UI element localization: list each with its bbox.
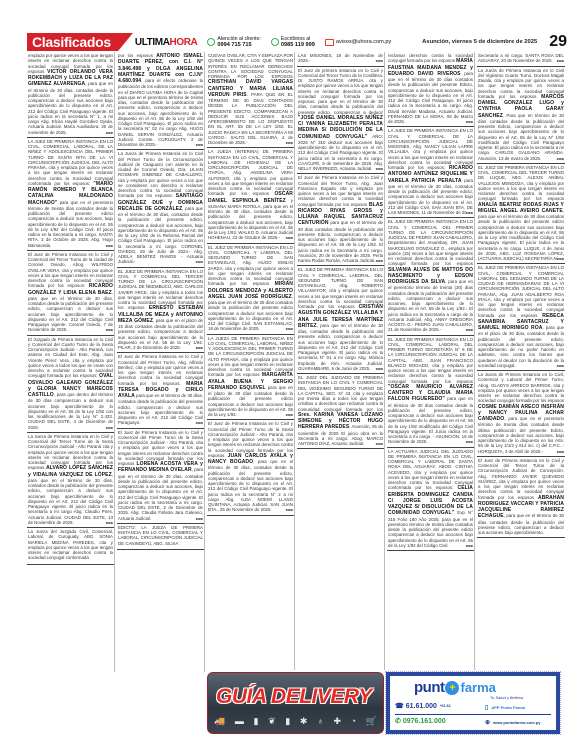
column-3: CUEVAS OVELAR, CITA Y EMPLAZA POR QUINCE… xyxy=(207,52,295,670)
legal-notice: reclamar derechos contra la sociedad con… xyxy=(387,52,474,127)
column-1: emplaza por quince veces a los que tenga… xyxy=(27,52,115,672)
legal-notice: EL JUEZ DEL JUZGADO DE PRIMERA INSTANCIA… xyxy=(297,374,384,449)
pill-icon: ▬ xyxy=(235,716,244,727)
whatsapp-icon: ✆ xyxy=(395,717,401,725)
cart-icon: 🛒 xyxy=(366,716,377,727)
notice-code: 00000 xyxy=(557,450,564,455)
medical-icon: ✱ xyxy=(300,716,308,727)
legal-notice: La Jueza de Primera Instancia en lo Civi… xyxy=(27,433,114,528)
stethoscope-icon: ♁ xyxy=(317,716,324,727)
bag-icon: ▮ xyxy=(254,716,259,727)
whatsapp-icon xyxy=(207,38,215,46)
column-5: reclamar derechos contra la sociedad con… xyxy=(387,52,475,670)
notice-code: 00000 xyxy=(557,257,564,262)
legal-notice: LA JUEZ DE PRIMERA INSTANCIA EN LO CIVIL… xyxy=(387,127,474,218)
column-4: LAS MISIONES, 18 de Noviembre de 2025.-0… xyxy=(297,52,385,670)
notice-code: 00000 xyxy=(286,327,293,332)
legal-notice: Secretaría a mi cargo. SANTA ROSA DEL AG… xyxy=(477,52,565,67)
legal-notice: CUEVAS OVELAR, CITA Y EMPLAZA POR QUINCE… xyxy=(207,52,294,148)
legal-notice: El Juez de Primera Instancia en lo Civil… xyxy=(117,353,204,428)
customer-service-phone: 0994 715 715 xyxy=(217,42,261,48)
notice-code: 00000 xyxy=(196,260,203,265)
newspaper-logo: ULTIMAHORA xyxy=(135,37,197,48)
notice-code: 00000 xyxy=(196,143,203,148)
legal-notice: EL JUEZ DE PRIMERA INSTANCIA EN LO CIVIL… xyxy=(387,218,474,335)
website-line: ⊕ www.puntofarma.com.py xyxy=(485,719,540,726)
legal-notice: por los esposos ANTONIO ISMAEL DUARTE PÉ… xyxy=(117,52,204,150)
delivery-icons: 🚚 ▬ ▮ ❦ ▮ ✱ ♁ ✚ ◔ 🛒 xyxy=(214,716,377,727)
app-line: ▯ APP Punto Farma xyxy=(485,704,525,711)
legal-notice: EL JUEZ DE PRIMERA INSTANCIA EN LO CIVIL… xyxy=(117,268,204,354)
notice-code: 00000 xyxy=(196,346,203,351)
notice-code: 00000 xyxy=(106,131,113,136)
legal-notice: La Jueza de Primera Instancia en lo Civi… xyxy=(477,67,565,164)
plus-icon: + xyxy=(445,681,459,695)
page-number: 29 xyxy=(549,33,567,51)
notice-code: 00000 xyxy=(286,413,293,418)
punto-farma-ad[interactable]: punt + farma Tu Salud y Bellesa ☎ 61.61.… xyxy=(386,672,560,734)
email-address: avisos@uhora.com.py xyxy=(336,39,391,45)
notice-code: 00000 xyxy=(376,59,383,64)
email-contact: avisos@uhora.com.py xyxy=(325,39,391,46)
notice-code: 00000 xyxy=(466,328,473,333)
legal-notice: EL JUEZ DE PRIMERA INSTANCIA EN LO CIVIL… xyxy=(477,264,565,371)
legal-notice: El Juzgado de Primera Instancia en lo Ci… xyxy=(27,336,114,433)
notice-code: 00000 xyxy=(376,442,383,447)
legal-notice: El Juez de Primera Instancia en lo Civil… xyxy=(27,251,114,336)
legal-notice: LA JUEZ DE PRIMERA INSTANCIA EN LO CIVIL… xyxy=(27,138,114,251)
notice-code: 00000 xyxy=(466,544,473,549)
food-icon: ❦ xyxy=(268,716,276,727)
notice-code: 00000 xyxy=(376,259,383,264)
truck-icon: 🚚 xyxy=(214,716,225,727)
publication-date: Asunción, viernes 5 de diciembre de 2025 xyxy=(422,39,537,45)
legal-notice: El Juez de Primera Instancia en lo Civil… xyxy=(117,429,204,524)
logo-part-ultima: ULTIMA xyxy=(135,37,170,48)
punto-farma-logo: punt + farma xyxy=(414,679,496,696)
legal-notice: La Jueza de Primera Instancia en lo Civi… xyxy=(117,150,204,267)
column-2: por los esposos ANTONIO ISMAEL DUARTE PÉ… xyxy=(117,52,205,672)
whatsapp-contact: Escribinos al 0985 119 999 xyxy=(271,36,315,48)
ad-divider xyxy=(395,714,551,715)
legal-notice: EL JUEZ DE PRIMERA INSTANCIA EN LO CIVIL… xyxy=(207,244,294,335)
notice-code: 00000 xyxy=(286,508,293,513)
legal-notice: El Juez de Primera Instancia en lo Civil… xyxy=(297,174,384,266)
legal-notice: El Juez de Primera Instancia en lo Civil… xyxy=(477,457,565,539)
notice-code: 00000 xyxy=(106,244,113,249)
notice-code: 00000 xyxy=(106,521,113,526)
notice-code: 00000 xyxy=(196,517,203,522)
notice-code: 00000 xyxy=(376,167,383,172)
shopping-bag-icon: ▮ xyxy=(285,716,290,727)
notice-code: 00000 xyxy=(557,364,564,369)
legal-notice: emplaza por quince veces a los que tenga… xyxy=(27,52,114,138)
whatsapp-number: 0985 119 999 xyxy=(281,42,315,48)
notice-code: 00000 xyxy=(466,440,473,445)
clock-icon: ◔ xyxy=(351,716,356,727)
logo-part-hora: HORA xyxy=(170,37,198,48)
phone-line: ☎ 61.61.000 *61.61 xyxy=(395,702,451,710)
guia-delivery-ad[interactable]: GUÍA DELIVERY 🚚 ▬ ▮ ❦ ▮ ✱ ♁ ✚ ◔ 🛒 xyxy=(207,672,384,734)
legal-notice: LA JUEZA DE PRIMERA INSTANCIA EN LO CIVI… xyxy=(207,335,294,421)
notice-code: 00000 xyxy=(196,421,203,426)
whatsapp-icon xyxy=(271,38,279,46)
legal-notice: EL JUEZ DE PRIMERA INSTANCIA EN LO CIVIL… xyxy=(297,266,384,374)
legal-notice: El Juez de primera instancia en lo Civil… xyxy=(297,67,384,175)
legal-notice: EL JUEZ DE PRIMERA INSTANCIA EN LO CIVIL… xyxy=(477,164,565,265)
ad-tagline: Tu Salud y Bellesa xyxy=(490,695,523,700)
legal-notice: La Jueza de Primera Instancia en lo Civi… xyxy=(477,371,565,457)
legal-notice: EL JUEZ DE PRIMERA INSTANCIA EN LO CIVIL… xyxy=(387,336,474,448)
customer-service-contact: Atención al cliente: 0994 715 715 xyxy=(207,36,261,48)
notice-code: 00000 xyxy=(557,157,564,162)
notice-code: 00000 xyxy=(557,59,564,64)
first-aid-icon: ✚ xyxy=(333,716,341,727)
legal-notice: LA JUEZA (INTERINA) DE PRIMERA INSTANCIA… xyxy=(207,148,294,243)
classifieds-columns: emplaza por quince veces a los que tenga… xyxy=(27,52,565,672)
globe-icon: ⊕ xyxy=(485,719,490,726)
ad-title: GUÍA DELIVERY xyxy=(216,685,372,709)
section-title: Clasificados xyxy=(27,33,133,51)
notice-code: 00000 xyxy=(106,426,113,431)
page-header: Clasificados ULTIMAHORA Atención al clie… xyxy=(27,33,567,51)
legal-notice: EDICTO: LA JUEZA DE PRIMERA INSTANCIA EN… xyxy=(117,524,204,550)
whatsapp-line: ✆ 0976.161.000 xyxy=(395,717,446,725)
legal-notice: LAS MISIONES, 18 de Noviembre de 2025.-0… xyxy=(297,52,384,67)
notice-code: 00000 xyxy=(286,236,293,241)
phone-icon: ☎ xyxy=(395,702,404,710)
legal-notice: El Juez de Primera Instancia en lo Civil… xyxy=(207,420,294,515)
column-6: Secretaría a mi cargo. SANTA ROSA DEL AG… xyxy=(477,52,565,670)
legal-notice: LA ACTUARIA JUDICIAL DEL JUZGADO DE PRIM… xyxy=(387,448,474,552)
notice-code: 00000 xyxy=(466,120,473,125)
notice-code: 00000 xyxy=(286,141,293,146)
legal-notice: La Jueza del Juzgado Civil, Comercial, L… xyxy=(27,528,114,565)
notice-code: 00000 xyxy=(466,211,473,216)
mail-icon xyxy=(325,39,334,46)
mobile-icon: ▯ xyxy=(485,704,488,711)
notice-code: 00000 xyxy=(376,367,383,372)
notice-code: 00000 xyxy=(106,328,113,333)
